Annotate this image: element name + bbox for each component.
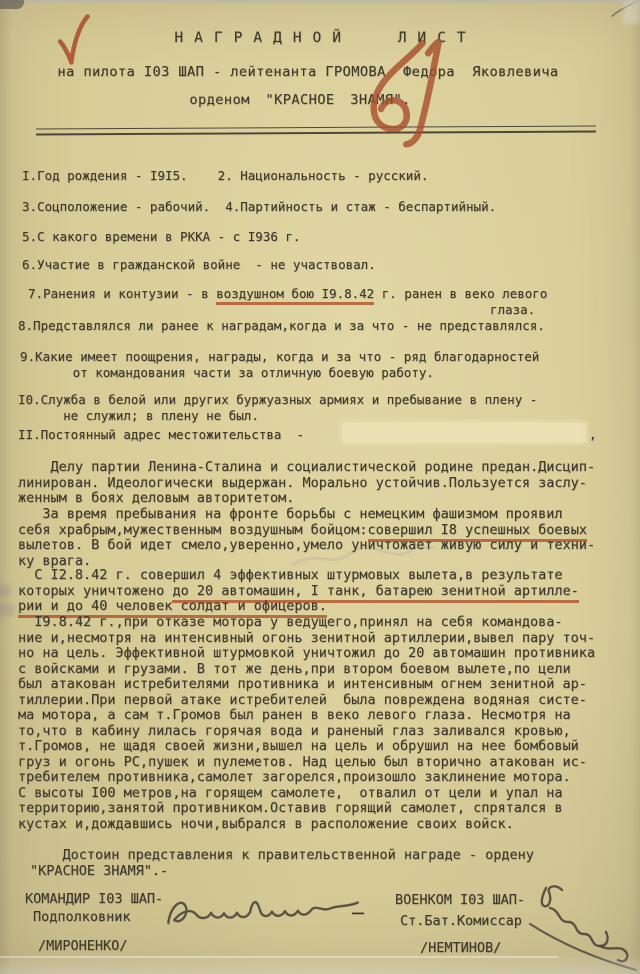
item-9-line2: от командования части за отличную боевую… [20, 365, 434, 380]
scan-top-edge [0, 0, 640, 5]
signature-mironenko-handwriting [157, 884, 364, 939]
document-subtitle-order: орденом "КРАСНОЕ ЗНАМЯ". [0, 92, 600, 108]
item-10-line2: не служил; в плену не был. [18, 408, 259, 423]
body-line: I9.8.42 г.,при отказе мотора у ведущего,… [18, 615, 633, 631]
commander-typed-name: /МИРОНЕНКО/ [38, 938, 127, 954]
body-line: линирован. Идеологически выдержан. Морал… [18, 476, 633, 492]
body-line: с войсками и грузами. В тот же день,при … [18, 662, 633, 678]
item-7-underlined: воздушном бою I9.8.42 [216, 286, 374, 305]
body-line: т.Громов, не щадя своей жизни,вышел на ц… [18, 739, 633, 755]
conclusion-line1: Достоин представления к правительственно… [30, 847, 534, 863]
document-title: НАГРАДНОЙ ЛИСТ [0, 30, 640, 46]
item-6: 6.Участие в гражданской войне - не участ… [22, 257, 376, 272]
body-line: то,что в кабину лилась горячая вода и ра… [18, 724, 633, 740]
body-line: которых уничтожено до 20 автомашин, I та… [18, 584, 633, 600]
red-checkmark-icon [51, 12, 96, 68]
body-line: себя храбрым,мужественным воздушным бойц… [18, 523, 633, 539]
scan-corner-light [623, 0, 640, 24]
item-8: 8.Представлялся ли ранее к наградам,когд… [18, 318, 545, 333]
item-10-line1: I0.Служба в белой или других буржуазных … [18, 392, 537, 407]
body-line: женным в боях деловым авторитетом. [18, 491, 633, 507]
body-line: груз и огонь РС,пушек и пулеметов. Над ц… [18, 755, 633, 771]
item-11-comma: , [589, 427, 597, 442]
document-subtitle: на пилота I03 ШАП - лейтенанта ГРОМОВА Ф… [0, 64, 616, 80]
stamp-smudge [0, 603, 14, 616]
body-line: тиллерии.При первой атаке истребителей б… [18, 693, 633, 709]
body-line: Делу партии Ленина-Сталина и социалистич… [18, 460, 633, 476]
body-line: территорию,занятой противником.Оставив г… [18, 801, 633, 817]
pencil-ghost-scribble [288, 542, 438, 572]
redacted-address-box [343, 423, 586, 442]
body-line-pre: себя храбрым,мужественным воздушным бойц… [18, 522, 368, 538]
body-line: требителем противника,самолет загорелся,… [18, 770, 633, 786]
stamp-smudge [0, 585, 11, 597]
item-5: 5.С какого времени в РККА - с I936 г. [22, 229, 300, 244]
paragraph-feat-description: I9.8.42 г.,при отказе мотора у ведущего,… [18, 615, 633, 832]
body-line: был атакован истребителями противника и … [18, 677, 633, 693]
body-line-pre: которых уничтожено [18, 583, 172, 599]
commissar-role-line2: Ст.Бат.Комиссар [400, 913, 522, 929]
commander-role-line2: Подполковник [33, 909, 131, 925]
paragraph-loyalty: Делу партии Ленина-Сталина и социалистич… [18, 460, 633, 507]
item-7-post: г. ранен в веко левого [374, 286, 547, 301]
body-line: За время пребывания на фронте борьбы с н… [18, 507, 633, 523]
conclusion-line2: "КРАСНОЕ ЗНАМЯ".- [30, 863, 168, 879]
item-1-2: I.Год рождения - I9I5. 2. Национальность… [22, 168, 428, 183]
body-line: С высоты I00 метров,на горящем самолете,… [18, 786, 633, 802]
header-double-rule [36, 126, 596, 136]
body-line: ма мотора, а сам т.Громов был ранен в ве… [18, 708, 633, 724]
body-line: кустах и,дождавшись ночи,выбрался в расп… [18, 817, 633, 833]
item-3-4: 3.Соцположение - рабочий. 4.Партийность … [22, 199, 496, 214]
body-line: ние и,несмотря на интенсивный огонь зени… [18, 631, 633, 647]
item-7: 7.Ранения и контузии - в воздушном бою I… [28, 286, 547, 301]
body-line: но на цель. Эффективной штурмовкой уничт… [18, 646, 633, 662]
item-11: II.Постоянный адрес местожительства - [18, 427, 304, 442]
item-7-pre: 7.Ранения и контузии - в [28, 286, 216, 301]
award-sheet-scan: НАГРАДНОЙ ЛИСТ на пилота I03 ШАП - лейте… [0, 0, 640, 974]
paragraph-sorties: С I2.8.42 г. совершил 4 эффективных штур… [18, 568, 633, 615]
item-7-continuation: глаза. [490, 302, 535, 317]
scan-corner-dark [0, 0, 24, 9]
red-page-number-61 [353, 34, 451, 151]
item-9-line1: 9.Какие имеет поощрения, награды, когда … [20, 349, 539, 364]
commander-role-line1: КОМАНДИР I03 ШАП- [25, 891, 163, 907]
paper-crease [0, 956, 558, 958]
commissar-role-line1: ВОЕНКОМ I03 ШАП- [395, 892, 525, 908]
